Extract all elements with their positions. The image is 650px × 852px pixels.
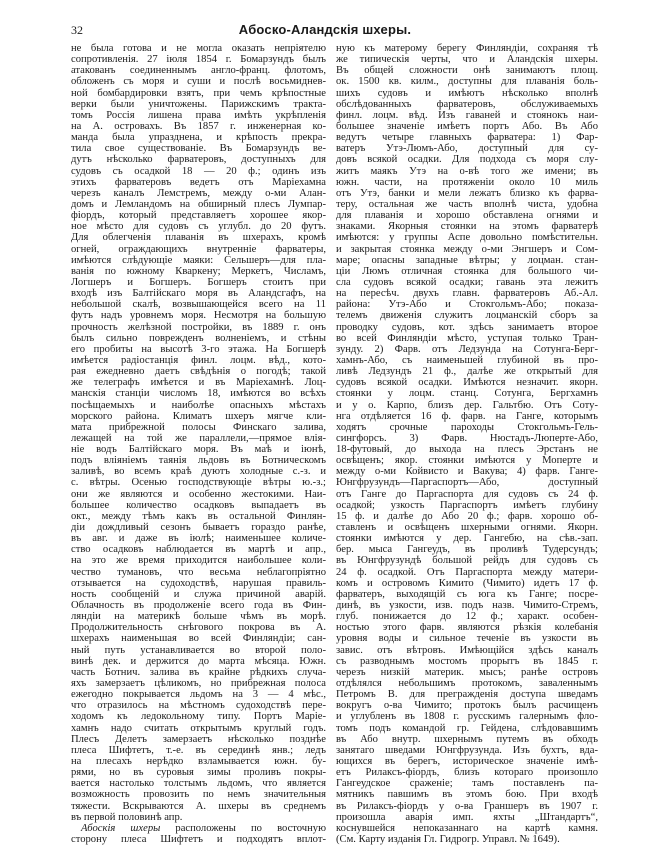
text-line: сторону плеса Шифтетъ и подходятъ вплот- [71, 834, 326, 845]
text-line: на это же время приходится наибольшее ко… [71, 555, 326, 566]
text-line: яхъ замерзаетъ цѣликомъ, но прибрежная п… [71, 678, 326, 689]
text-line: рая ежедневно даетъ свѣдѣнія о погодѣ; т… [71, 366, 326, 377]
text-line: въ Юнгфрузундѣ большой рейдъ для судовъ … [336, 555, 598, 566]
text-line: ливѣ Ледзундъ 21 ф., далѣе же открытый д… [336, 366, 598, 377]
text-line: подъ вліяніемъ таянія льдовъ въ Ботничес… [71, 455, 326, 466]
text-line: нга отдѣляется 16 ф. фарв. на Ганге, кот… [336, 411, 598, 422]
text-line: ное мѣсто для судовъ съ углубл. до 20 фу… [71, 221, 326, 232]
text-line: ляндіи на материкѣ больше чѣмъ въ морѣ. [71, 611, 326, 622]
text-line: манскія станціи числомъ 18, имѣются во в… [71, 388, 326, 399]
text-line: діи дождливый сезонъ бываетъ гораздо ран… [71, 522, 326, 533]
text-line: Для облегченія плаванія въ шхерахъ, кром… [71, 232, 326, 243]
text-line: томъ подъ командой гр. Гейдена, слѣдовав… [336, 723, 598, 734]
text-line: заливѣ, во всемъ краѣ дуютъ холодные с.-… [71, 466, 326, 477]
text-line: проводку судовъ, кот. здѣсь занимаетъ вт… [336, 322, 598, 333]
text-line: житъ маякъ Утэ на о-вѣ того же имени; въ [336, 166, 598, 177]
text-line: футъ надъ уровнемъ моря. Несмотря на бол… [71, 310, 326, 321]
text-line: въ первой половинѣ апр. [71, 812, 326, 823]
text-line: во всей Финляндіи мѣсто, уступая только … [336, 333, 598, 344]
text-line: ходятъ срочные пароходы Стокгольмъ-Гель- [336, 422, 598, 433]
text-line: Логшеръ и Богшеръ. Богшеръ стоитъ при [71, 277, 326, 288]
text-line: теру, остальная же часть вполнѣ чиста, у… [336, 199, 598, 210]
text-line: прочность желѣзной постройки, въ 1889 г.… [71, 322, 326, 333]
italic-term: Абоскія шхеры [81, 823, 160, 834]
text-line: же типическія черты, что и Аландскія шхе… [336, 54, 598, 65]
text-line: (См. Карту изданія Гл. Гидрогр. Управл. … [336, 834, 598, 845]
text-line: завис. отъ вѣтровъ. Имѣющійся здѣсь кана… [336, 645, 598, 656]
text-line: имѣются слѣдующіе маяки: Сельшеръ—для пл… [71, 255, 326, 266]
text-line: вокругъ о-ва Чимито; протокъ былъ расчищ… [336, 700, 598, 711]
text-line: района: Утэ-Або и Стокгольмъ-Або; показа… [336, 299, 598, 310]
text-line: с. вѣтры. Осенью господствующіе вѣтры ю.… [71, 477, 326, 488]
text-line: они же являются и особенно жестокими. На… [71, 489, 326, 500]
text-line: и углубленъ въ 1808 г. русскимъ галерным… [336, 711, 598, 722]
text-line: большее количество осадковъ выпадаетъ въ [71, 500, 326, 511]
text-line: и у о. Карпо, близъ дер. Гальтбю. Отъ Со… [336, 400, 598, 411]
text-line: стоянки имѣются у дер. Гангебю, на сѣв.-… [336, 533, 598, 544]
text-line: манда была упразднена, и крѣпость прекра… [71, 132, 326, 143]
text-line: домъ и Лемландомъ на обширный плесъ Лумп… [71, 199, 326, 210]
text-line: возможность провозить по немъ значительн… [71, 789, 326, 800]
text-line: мата прибрежной полосы Финскаго залива, [71, 422, 326, 433]
text-line: ведутъ четыре главныхъ фарватера: 1) Фар… [336, 132, 598, 143]
text-line: динѣ, въ узкости, изв. подъ назв. Чимито… [336, 600, 598, 611]
text-line: на А. островахъ. Въ 1857 г. инженерная к… [71, 121, 326, 132]
text-line: судовъ съ осадкой 18 — 20 ф.; одинъ изъ [71, 166, 326, 177]
text-line: огней, ограждающихъ внутренніе фарватеры… [71, 244, 326, 255]
text-line: фіордъ, который представляетъ хорошее як… [71, 210, 326, 221]
text-line: черезъ низкій материк. мысъ; ранѣе остро… [336, 667, 598, 678]
text-line: морского района. Климатъ шхеръ мягче кли… [71, 411, 326, 422]
text-line: черезъ каналъ Лемстремъ, между о-ми Алан… [71, 188, 326, 199]
text-line: южн. части, на протяженіи около 10 миль [336, 177, 598, 188]
text-line: глуб. понижается до 12 ф.; характ. особе… [336, 611, 598, 622]
text-line: вается настолько толстымъ льдомъ, что яв… [71, 778, 326, 789]
text-line: же телеграфъ имѣется и въ Маріехамнѣ. Ло… [71, 377, 326, 388]
text-line: этихъ фарватеровъ ведетъ отъ Маріехамна [71, 177, 326, 188]
text-line: коснувшейся непоказаннаго на картѣ камня… [336, 823, 598, 834]
text-line: ство осадковъ наблюдается въ мартѣ и апр… [71, 544, 326, 555]
text-line: знаками. Якорныя стоянки на этомъ фарват… [336, 221, 598, 232]
text-line: Юнгфрузундъ—Паргаспортъ—Або, доступный [336, 477, 598, 488]
text-line: фарватеръ, выходящій съ юга къ Ганге; по… [336, 589, 598, 600]
left-column: не была готова и не могла оказать непрія… [71, 43, 326, 845]
text-line: ный путь устанавливается во второй поло- [71, 645, 326, 656]
text-line: тила свое существованіе. Въ Бомарзундъ в… [71, 143, 326, 154]
text-line: произошла аварія имп. яхты „Штандартъ“, [336, 812, 598, 823]
text-line: хамнъ-Або, съ наименьшей глубиной въ про… [336, 355, 598, 366]
text-line: отдѣлялся небольшимъ протокомъ, заваленн… [336, 678, 598, 689]
text-line: ставленъ и освѣщенъ шхерными огнями. Яко… [336, 522, 598, 533]
text-line: ность сообщеній и служа причиной аварій. [71, 589, 326, 600]
text-run: расположены по восточную [160, 823, 326, 834]
text-line: съ разводнымъ мостомъ прорытъ въ 1845 г. [336, 656, 598, 667]
text-line: атакованъ соединеннымъ англо-франц. флот… [71, 65, 326, 76]
text-line: ющихся въ берегъ, историческое значеніе … [336, 756, 598, 767]
text-line: его пробиты на высотѣ 3-го этажа. На Бог… [71, 344, 326, 355]
text-line: и закрытая стоянка между о-ми Энгшеръ и … [336, 244, 598, 255]
text-line: зунду. 2) Фарв. отъ Ледзунда на Сотунга-… [336, 344, 598, 355]
text-line: между о-ми Койвисто и Вакува; 4) фарв. Г… [336, 466, 598, 477]
text-line: отъ Ганге до Паргаспорта для судовъ съ 2… [336, 489, 598, 500]
text-line: имѣются: у группы Аспе довольно помѣстит… [336, 232, 598, 243]
text-line: освѣщенъ; якор. стоянки имѣются у Моперт… [336, 455, 598, 466]
text-line: судовъ всякой осадки. Имѣются незначит. … [336, 377, 598, 388]
text-line: Гангеудское сраженіе; тамъ поставленъ па… [336, 778, 598, 789]
text-line: маре; опасны западные вѣтры; у лоцман. с… [336, 255, 598, 266]
text-line: тяжести. Вскрываются А. шхеры въ среднем… [71, 801, 326, 812]
text-line: етъ Рилаксъ-фіордъ, близъ котораго произ… [336, 767, 598, 778]
text-line: сла судовъ всякой осадки; гавань эта леж… [336, 277, 598, 288]
paragraph-lead-line: Абоскія шхеры расположены по восточную [71, 823, 326, 834]
text-line: Облачность въ продолженіе всего года въ … [71, 600, 326, 611]
text-line: бер. мыса Гангеудъ, въ проливѣ Тудерсунд… [336, 544, 598, 555]
text-line: ціи Люмъ отличная стоянка для большого ч… [336, 266, 598, 277]
text-line: мятникъ павшимъ въ этомъ бою. При входѣ [336, 789, 598, 800]
text-line: что отразилось на мѣстномъ судоходствѣ п… [71, 700, 326, 711]
text-line: въ авг. и даже въ іюлѣ; наименьшее колич… [71, 533, 326, 544]
text-line: большее значеніе имѣетъ портъ Або. Въ Аб… [336, 121, 598, 132]
text-line: имѣется радіостанція финл. лоцм. вѣд., к… [71, 355, 326, 366]
text-line: шхерахъ наименьшая во всей Финляндіи; са… [71, 633, 326, 644]
text-line: въ Або внутр. шхернымъ путемъ въ обходъ [336, 734, 598, 745]
text-line: ной бомбардировки взятъ, при чемъ крѣпос… [71, 88, 326, 99]
text-line: входѣ изъ Балтійскаго моря въ Аландсгафъ… [71, 288, 326, 299]
text-line: занятаго шведами Юнгфрузунда. Изъ бухтъ,… [336, 745, 598, 756]
text-line: 24 ф. осадкой. Отъ Паргаспорта между мат… [336, 567, 598, 578]
text-line: комъ и островомъ Кимито (Чимито) идетъ 1… [336, 578, 598, 589]
text-line: винѣ дек. и держится до марта мѣсяца. Юж… [71, 656, 326, 667]
text-line: посѣщаемыхъ и наиболѣе опасныхъ мѣстахъ [71, 400, 326, 411]
text-line: обложенъ съ моря и суши и послѣ восьмидн… [71, 76, 326, 87]
text-line: осадкой; узкость Паргаспортъ имѣетъ глуб… [336, 500, 598, 511]
text-line: ок. 1500 кв. килм., доступны для плавані… [336, 76, 598, 87]
text-line: ходомъ къ ледокольному типу. Портъ Маріе… [71, 711, 326, 722]
text-line: сопротивленія. 27 іюля 1854 г. Бомарзунд… [71, 54, 326, 65]
text-line: лежащей на той же параллели,—прямое влія… [71, 433, 326, 444]
text-line: ніе водъ Балтійскаго моря. Въ маѣ и іюнѣ… [71, 444, 326, 455]
text-line: обслѣдованныхъ фарватеровъ, обслуживаемы… [336, 99, 598, 110]
text-line: отзывается на судоходствѣ, нарушая прави… [71, 578, 326, 589]
text-line: томъ Россія лишена права имѣть укрѣплені… [71, 110, 326, 121]
text-line: довъ всякой осадки. Для подхода съ моря … [336, 154, 598, 165]
text-line: Петромъ В. для прегражденія доступа швед… [336, 689, 598, 700]
running-title: Абоско-Аландскія шхеры. [0, 22, 650, 37]
text-line: на пересѣч. двухъ главн. фарватеровъ Аб.… [336, 288, 598, 299]
text-line: плеса Шифтетъ, т.-е. въ серединѣ янв.; л… [71, 745, 326, 756]
text-line: 18-футовый, до выхода на плесъ Эрстанъ н… [336, 444, 598, 455]
text-line: Въ общей сложности онѣ занимаютъ площ. [336, 65, 598, 76]
text-line: ежегодно покрывается льдомъ на 3 — 4 мѣс… [71, 689, 326, 700]
text-line: не была готова и не могла оказать непрія… [71, 43, 326, 54]
text-line: для плаванія и хорошо обставлена огнями … [336, 210, 598, 221]
text-line: Продолжительность снѣгового покрова въ А… [71, 622, 326, 633]
text-line: ную къ матерому берегу Финляндіи, сохран… [336, 43, 598, 54]
text-line: телемъ движенія служитъ лоцманскій сборъ… [336, 310, 598, 321]
text-line: отъ Утэ, банки и мели лежатъ близко къ ф… [336, 188, 598, 199]
text-line: 15 ф. и далѣе до Або 20 ф.; фарв. хорошо… [336, 511, 598, 522]
text-line: верки были уничтожены. Парижскимъ трактa… [71, 99, 326, 110]
text-line: дутъ нѣсколько фарватеровъ, доступныхъ д… [71, 154, 326, 165]
text-line: финл. лоцм. вѣд. Изъ гаваней и стоянокъ … [336, 110, 598, 121]
text-line: ностью этого фарв. являются рѣзкія колеб… [336, 622, 598, 633]
text-line: ванія по южному Кваркену; Меркетъ, Числа… [71, 266, 326, 277]
text-line: уровня воды и сильное теченіе въ узкости… [336, 633, 598, 644]
text-line: ватеръ Утэ-Люмъ-Або, доступный для су- [336, 143, 598, 154]
text-line: Плесъ Делетъ замерзаетъ нѣсколько позднѣ… [71, 734, 326, 745]
right-column: ную къ матерому берегу Финляндіи, сохран… [336, 43, 598, 845]
text-line: рями, но въ суровыя зимы проливъ покры- [71, 767, 326, 778]
text-line: хамнъ надо считать открытымъ круглый год… [71, 723, 326, 734]
text-line: небольшой скалѣ, возвышающейся всего на … [71, 299, 326, 310]
text-line: въ Рилаксъ-фіордъ у о-ва Граншеръ въ 190… [336, 801, 598, 812]
text-line: на плесахъ нерѣдко взламывается южн. бу- [71, 756, 326, 767]
text-line: окт., между тѣмъ какъ въ остальной Финля… [71, 511, 326, 522]
text-line: шихъ судовъ и имѣютъ нѣсколько вполнѣ [336, 88, 598, 99]
text-line: сингфорсъ. 3) Фарв. Нюстадъ-Люперте-Або, [336, 433, 598, 444]
text-line: былъ сильно поврежденъ волненіемъ, и стѣ… [71, 333, 326, 344]
text-line: часть Ботнич. залива въ крайне рѣдкихъ с… [71, 667, 326, 678]
text-line: чество тумановъ, что весьма неблагопріят… [71, 567, 326, 578]
text-line: стоянки у лоцм. станц. Сотунга, Бергхамн… [336, 388, 598, 399]
